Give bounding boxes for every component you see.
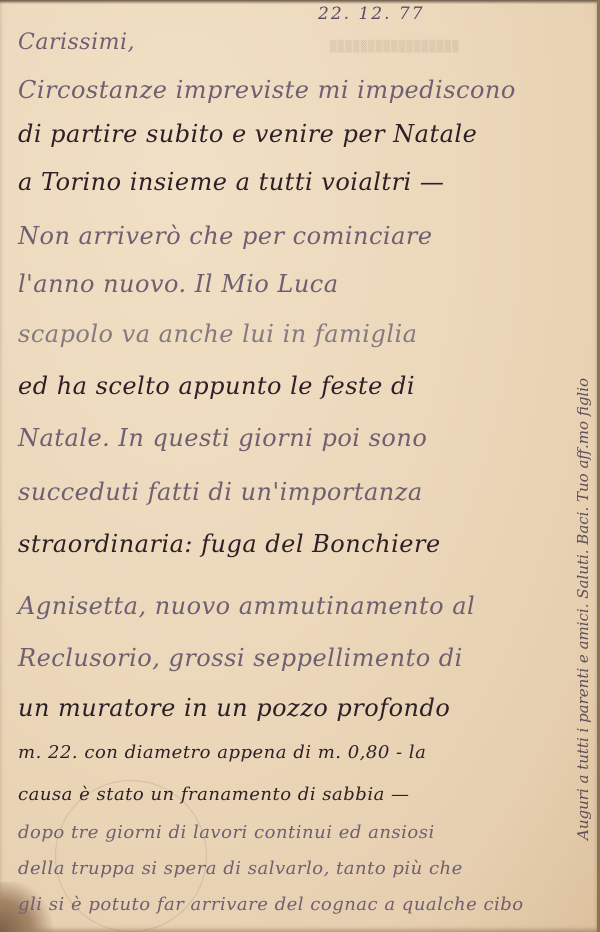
letter-line-14: m. 22. con diametro appena di m. 0,80 - … [18, 742, 426, 763]
letter-line-12: Reclusorio, grossi seppellimento di [18, 644, 463, 672]
letter-line-2: di partire subito e venire per Natale [18, 120, 477, 148]
letter-line-3: a Torino insieme a tutti voialtri — [18, 168, 444, 196]
letter-line-15: causa è stato un franamento di sabbia — [18, 784, 410, 805]
letter-line-5: l'anno nuovo. Il Mio Luca [18, 270, 339, 298]
letter-line-8: Natale. In questi giorni poi sono [18, 424, 427, 452]
paper-top-edge [0, 0, 600, 4]
letter-line-7: ed ha scelto appunto le feste di [18, 372, 415, 400]
salutation: Carissimi, [18, 30, 135, 55]
letter-line-1: Circostanze impreviste mi impediscono [18, 76, 516, 104]
letter-line-17: della truppa si spera di salvarlo, tanto… [18, 858, 463, 879]
letter-line-4: Non arriverò che per cominciare [18, 222, 433, 250]
letter-line-18: gli si è potuto far arrivare del cognac … [18, 894, 524, 915]
letter-date: 22. 12. 77 [318, 4, 425, 24]
letter-line-10: straordinaria: fuga del Bonchiere [18, 530, 441, 558]
margin-note-vertical: Auguri a tutti i parenti e amici. Saluti… [574, 120, 592, 840]
letter-line-11: Agnisetta, nuovo ammutinamento al [18, 592, 475, 620]
letter-line-16: dopo tre giorni di lavori continui ed an… [18, 822, 435, 843]
bleed-through-print: ▒▒▒▒▒▒▒▒▒▒▒▒▒▒▒▒▒ [330, 40, 460, 53]
letter-line-13: un muratore in un pozzo profondo [18, 694, 450, 722]
postcard: ▒▒▒▒▒▒▒▒▒▒▒▒▒▒▒▒▒ 22. 12. 77 Carissimi, … [0, 0, 600, 932]
letter-line-9: succeduti fatti di un'importanza [18, 478, 423, 506]
letter-line-6: scapolo va anche lui in famiglia [18, 320, 417, 348]
